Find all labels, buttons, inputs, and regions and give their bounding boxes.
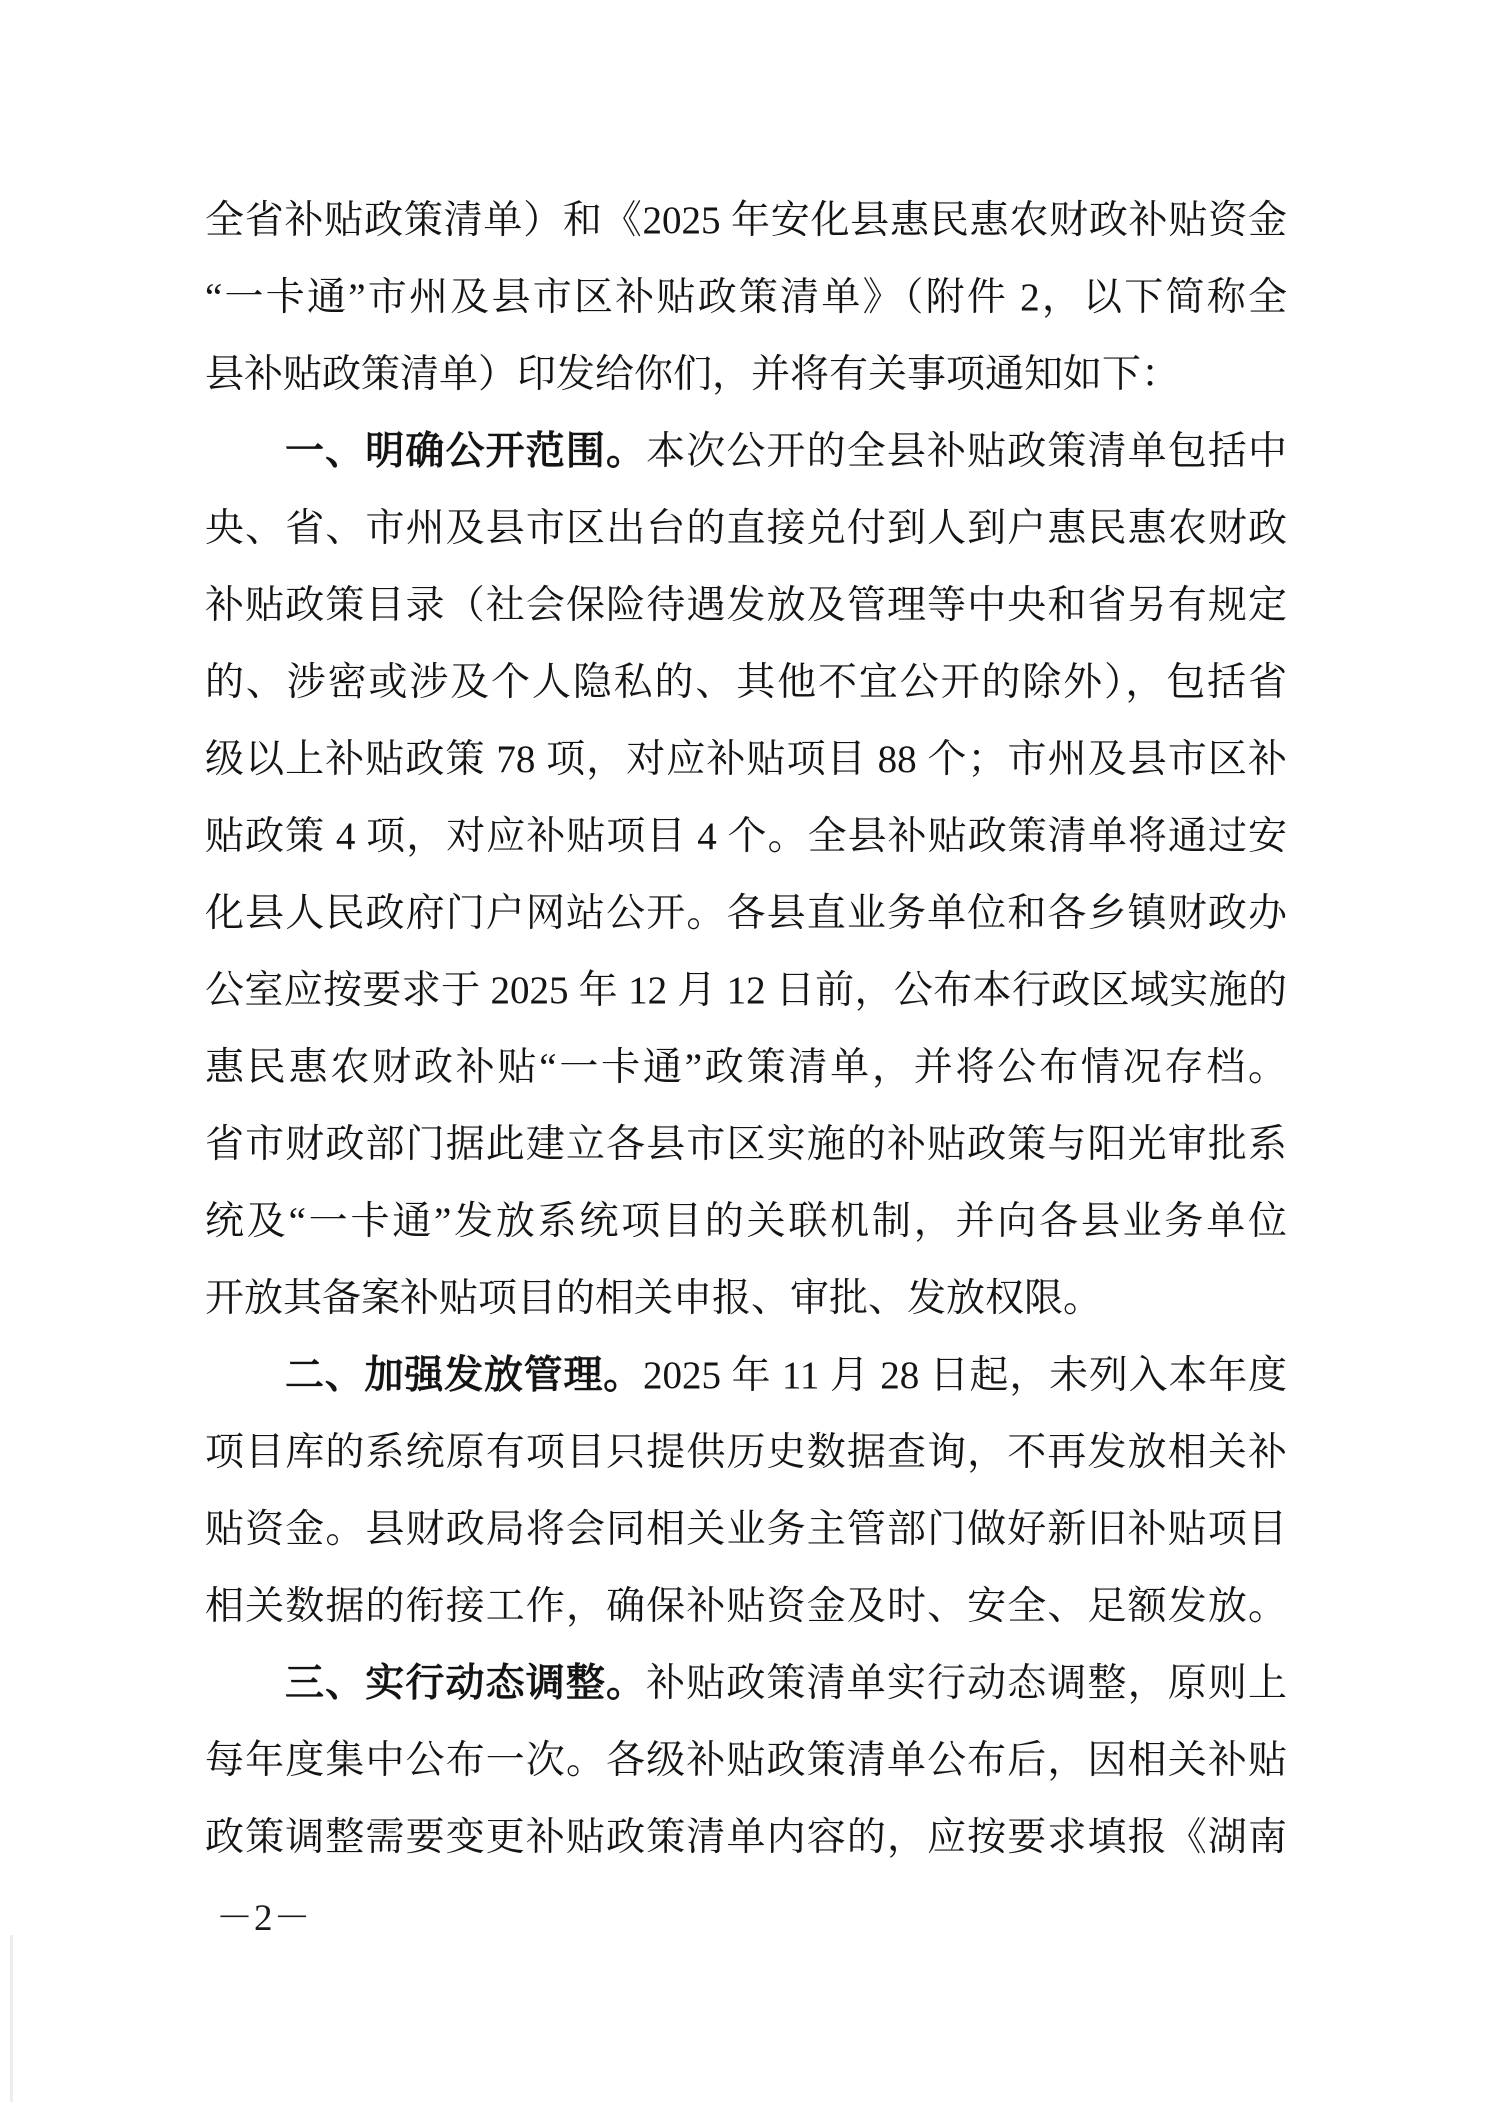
line-text: 县补贴政策清单）印发给你们，并将有关事项通知如下： [205,353,1180,396]
document-page: 全省补贴政策清单）和《2025 年安化县惠民惠农财政补贴资金 “一卡通”市州及县… [0,0,1487,2102]
section-heading: 二、加强发放管理。 [285,1354,643,1397]
section-heading: 三、实行动态调整。 [285,1662,646,1705]
line-text: 化县人民政府门户网站公开。各县直业务单位和各乡镇财政办 [205,892,1287,935]
line-text: 开放其备案补贴项目的相关申报、审批、发放权限。 [205,1277,1102,1320]
text-line: 全省补贴政策清单）和《2025 年安化县惠民惠农财政补贴资金 [205,182,1287,259]
text-line: 政策调整需要变更补贴政策清单内容的，应按要求填报《湖南 [205,1799,1287,1876]
page-number: －2－ [216,1894,312,1944]
text-line: 每年度集中公布一次。各级补贴政策清单公布后，因相关补贴 [205,1722,1287,1799]
text-line: 统及“一卡通”发放系统项目的关联机制，并向各县业务单位 [205,1183,1287,1260]
text-line: 项目库的系统原有项目只提供历史数据查询，不再发放相关补 [205,1414,1287,1491]
text-line: 的、涉密或涉及个人隐私的、其他不宜公开的除外），包括省 [205,644,1287,721]
line-text: 省市财政部门据此建立各县市区实施的补贴政策与阳光审批系 [205,1123,1287,1166]
text-line: “一卡通”市州及县市区补贴政策清单》（附件 2，以下简称全 [205,259,1287,336]
section-heading: 一、明确公开范围。 [285,430,646,473]
line-text: 贴资金。县财政局将会同相关业务主管部门做好新旧补贴项目 [205,1508,1287,1551]
text-line: 贴资金。县财政局将会同相关业务主管部门做好新旧补贴项目 [205,1491,1287,1568]
text-line: 补贴政策目录（社会保险待遇发放及管理等中央和省另有规定 [205,567,1287,644]
text-line: 贴政策 4 项，对应补贴项目 4 个。全县补贴政策清单将通过安 [205,798,1287,875]
line-text: 贴政策 4 项，对应补贴项目 4 个。全县补贴政策清单将通过安 [205,815,1287,858]
line-text: 政策调整需要变更补贴政策清单内容的，应按要求填报《湖南 [205,1816,1287,1859]
text-line: 三、实行动态调整。补贴政策清单实行动态调整，原则上 [205,1645,1287,1722]
line-text: “一卡通”市州及县市区补贴政策清单》（附件 2，以下简称全 [205,276,1287,319]
text-line: 一、明确公开范围。本次公开的全县补贴政策清单包括中 [205,413,1287,490]
line-text: 级以上补贴政策 78 项，对应补贴项目 88 个；市州及县市区补 [205,738,1287,781]
text-line: 开放其备案补贴项目的相关申报、审批、发放权限。 [205,1260,1287,1337]
text-line: 化县人民政府门户网站公开。各县直业务单位和各乡镇财政办 [205,875,1287,952]
document-body: 全省补贴政策清单）和《2025 年安化县惠民惠农财政补贴资金 “一卡通”市州及县… [205,182,1287,1876]
line-text: 补贴政策清单实行动态调整，原则上 [646,1662,1287,1705]
line-text: 补贴政策目录（社会保险待遇发放及管理等中央和省另有规定 [205,584,1287,627]
line-text: 2025 年 11 月 28 日起，未列入本年度 [643,1354,1287,1397]
text-line: 级以上补贴政策 78 项，对应补贴项目 88 个；市州及县市区补 [205,721,1287,798]
line-text: 公室应按要求于 2025 年 12 月 12 日前，公布本行政区域实施的 [205,969,1287,1012]
line-text: 央、省、市州及县市区出台的直接兑付到人到户惠民惠农财政 [205,507,1287,550]
text-line: 公室应按要求于 2025 年 12 月 12 日前，公布本行政区域实施的 [205,952,1287,1029]
scan-edge-artifact [10,1935,13,2102]
line-text: 惠民惠农财政补贴“一卡通”政策清单，并将公布情况存档。 [205,1046,1287,1089]
text-line: 央、省、市州及县市区出台的直接兑付到人到户惠民惠农财政 [205,490,1287,567]
line-text: 全省补贴政策清单）和《2025 年安化县惠民惠农财政补贴资金 [205,199,1287,242]
text-line: 县补贴政策清单）印发给你们，并将有关事项通知如下： [205,336,1287,413]
line-text: 统及“一卡通”发放系统项目的关联机制，并向各县业务单位 [205,1200,1287,1243]
line-text: 每年度集中公布一次。各级补贴政策清单公布后，因相关补贴 [205,1739,1287,1782]
line-text: 的、涉密或涉及个人隐私的、其他不宜公开的除外），包括省 [205,661,1287,704]
line-text: 项目库的系统原有项目只提供历史数据查询，不再发放相关补 [205,1431,1287,1474]
text-line: 省市财政部门据此建立各县市区实施的补贴政策与阳光审批系 [205,1106,1287,1183]
text-line: 相关数据的衔接工作，确保补贴资金及时、安全、足额发放。 [205,1568,1287,1645]
line-text: 本次公开的全县补贴政策清单包括中 [646,430,1287,473]
text-line: 二、加强发放管理。2025 年 11 月 28 日起，未列入本年度 [205,1337,1287,1414]
text-line: 惠民惠农财政补贴“一卡通”政策清单，并将公布情况存档。 [205,1029,1287,1106]
line-text: 相关数据的衔接工作，确保补贴资金及时、安全、足额发放。 [205,1585,1287,1628]
